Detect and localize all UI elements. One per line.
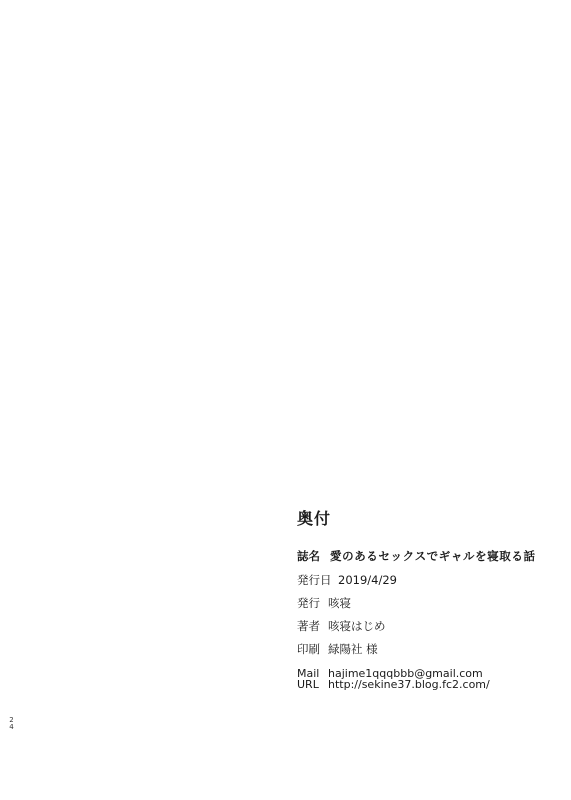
url-row: URL http://sekine37.blog.fc2.com/ [297,679,319,690]
publisher-row: 発行 咳寝 [297,597,320,610]
publisher-value: 咳寝 [328,597,351,610]
book-title-label: 誌名 [297,550,320,563]
book-title-value: 愛のあるセックスでギャルを寝取る話 [330,550,536,563]
book-title-row: 誌名 愛のあるセックスでギャルを寝取る話 [297,550,320,563]
author-label: 著者 [297,620,320,633]
release-date-value: 2019/4/29 [338,574,397,587]
release-date-label: 発行日 [297,574,332,587]
colophon-page: 奥付 誌名 愛のあるセックスでギャルを寝取る話 発行日 2019/4/29 発行… [0,0,571,800]
page-number-digit: 4 [8,724,15,731]
publisher-label: 発行 [297,597,320,610]
printer-row: 印刷 緑陽社 様 [297,643,320,656]
url-link: http://sekine37.blog.fc2.com/ [328,679,490,690]
author-value: 咳寝はじめ [328,620,386,633]
printer-label: 印刷 [297,643,320,656]
author-row: 著者 咳寝はじめ [297,620,320,633]
printer-value: 緑陽社 様 [328,643,378,656]
release-date-row: 発行日 2019/4/29 [297,574,332,587]
contact-block: Mail hajime1qqqbbb@gmail.com URL http://… [297,668,319,690]
colophon-heading: 奥付 [297,510,331,528]
page-number: 2 4 [8,717,15,731]
url-label: URL [297,679,319,690]
